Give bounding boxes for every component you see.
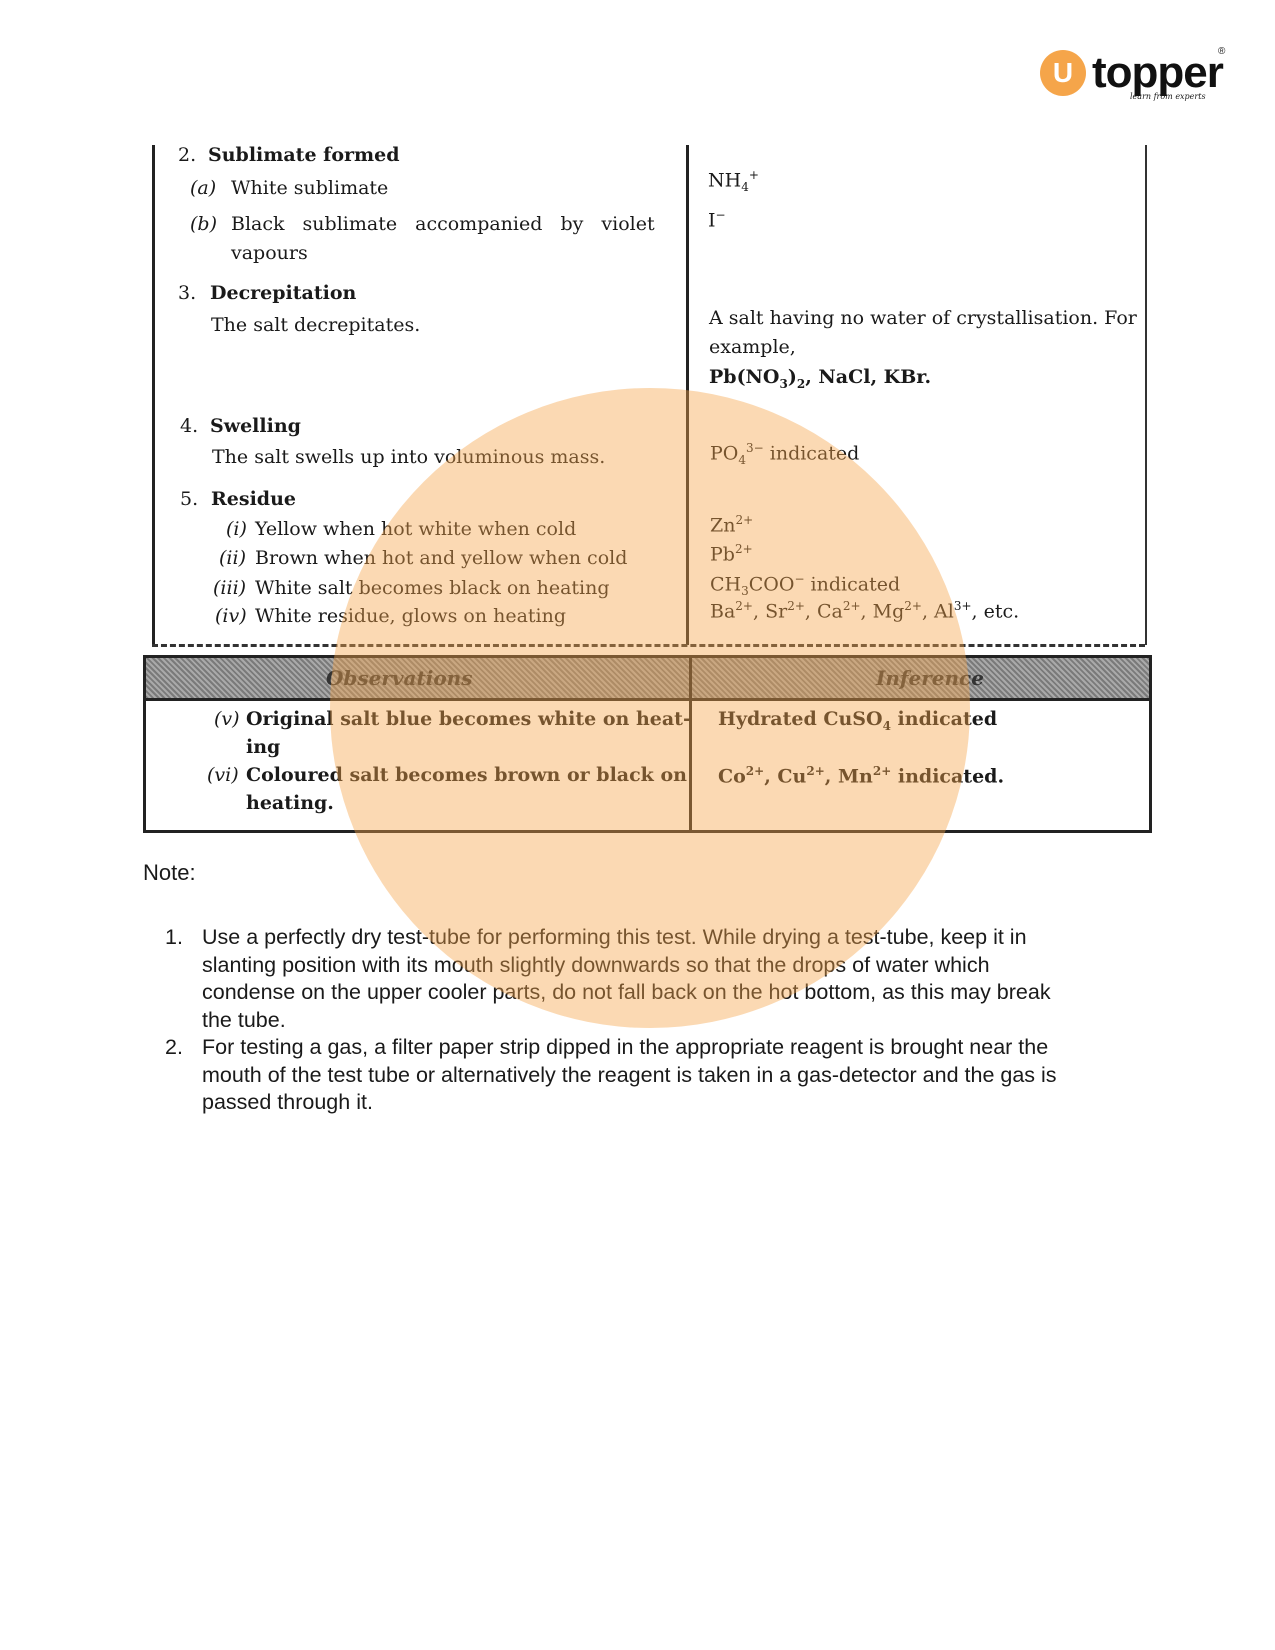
header-observations: Observations <box>326 666 472 690</box>
note-number: 1. <box>165 924 183 952</box>
inference-text: CH3COO− indicated <box>710 572 900 598</box>
observation-text: Yellow when hot white when cold <box>255 518 576 540</box>
row-number: 4. <box>180 415 198 437</box>
logo-tagline: learn from experts <box>1130 92 1206 101</box>
observation-text-cont: heating. <box>246 792 334 814</box>
registered-mark: ® <box>1218 46 1225 57</box>
observation-text: White salt becomes black on heating <box>255 577 610 599</box>
row-number: 2. <box>178 144 196 166</box>
observation-text: Original salt blue becomes white on heat… <box>246 708 691 730</box>
row-title: Swelling <box>210 415 301 437</box>
observation-text: White sublimate <box>231 177 388 199</box>
column-divider <box>689 658 692 830</box>
item-label: (a) <box>190 177 216 199</box>
observation-text-cont: ing <box>246 736 280 758</box>
inference-text: Co2+, Cu2+, Mn2+ indicated. <box>718 764 1004 787</box>
table-header: Observations Inference <box>146 658 1149 701</box>
item-label: (i) <box>226 518 247 540</box>
inference-text: example, <box>709 336 796 358</box>
logo-mark-icon: U <box>1040 50 1086 96</box>
inference-text: PO43− indicated <box>710 441 859 467</box>
item-label: (vi) <box>207 764 239 786</box>
item-label: (ii) <box>219 547 246 569</box>
inference-text: Pb2+ <box>710 542 753 565</box>
item-label: (b) <box>190 213 217 235</box>
observation-text: The salt swells up into voluminous mass. <box>212 446 605 468</box>
note-item: 1. Use a perfectly dry test-tube for per… <box>165 924 1065 1034</box>
row-title: Decrepitation <box>210 282 356 304</box>
row-number: 5. <box>180 488 198 510</box>
observation-text: Coloured salt becomes brown or black on <box>246 764 687 786</box>
item-label: (iv) <box>215 605 247 627</box>
inference-text: Pb(NO3)2, NaCl, KBr. <box>709 366 931 391</box>
column-divider <box>686 145 689 645</box>
note-number: 2. <box>165 1034 183 1062</box>
inference-text: Hydrated CuSO4 indicated <box>718 708 997 733</box>
observation-text: The salt decrepitates. <box>211 314 420 336</box>
item-label: (iii) <box>213 577 246 599</box>
note-title: Note: <box>143 860 196 886</box>
observation-text: White residue, glows on heating <box>255 605 566 627</box>
inference-text: Ba2+, Sr2+, Ca2+, Mg2+, Al3+, etc. <box>710 599 1019 622</box>
row-title: Residue <box>211 488 296 510</box>
observation-text: Brown when hot and yellow when cold <box>255 547 627 569</box>
inference-text: I− <box>708 208 726 231</box>
inference-text: Zn2+ <box>710 513 753 536</box>
item-label: (v) <box>214 708 240 730</box>
inference-text: NH4+ <box>708 168 759 194</box>
note-text: Use a perfectly dry test-tube for perfor… <box>202 925 1051 1032</box>
header-inference: Inference <box>876 666 984 690</box>
observation-text-cont: vapours <box>231 242 308 264</box>
note-text: For testing a gas, a filter paper strip … <box>202 1035 1057 1114</box>
logo-name: topper <box>1092 48 1223 98</box>
dashed-separator <box>152 644 1145 647</box>
note-item: 2. For testing a gas, a filter paper str… <box>165 1034 1065 1117</box>
note-list: 1. Use a perfectly dry test-tube for per… <box>165 924 1065 1117</box>
inference-text: A salt having no water of crystallisatio… <box>709 307 1137 329</box>
row-title: Sublimate formed <box>208 144 399 166</box>
row-number: 3. <box>178 282 196 304</box>
observation-text: Black sublimate accompanied by violet <box>231 213 655 235</box>
topper-logo: U topper <box>1040 48 1223 98</box>
